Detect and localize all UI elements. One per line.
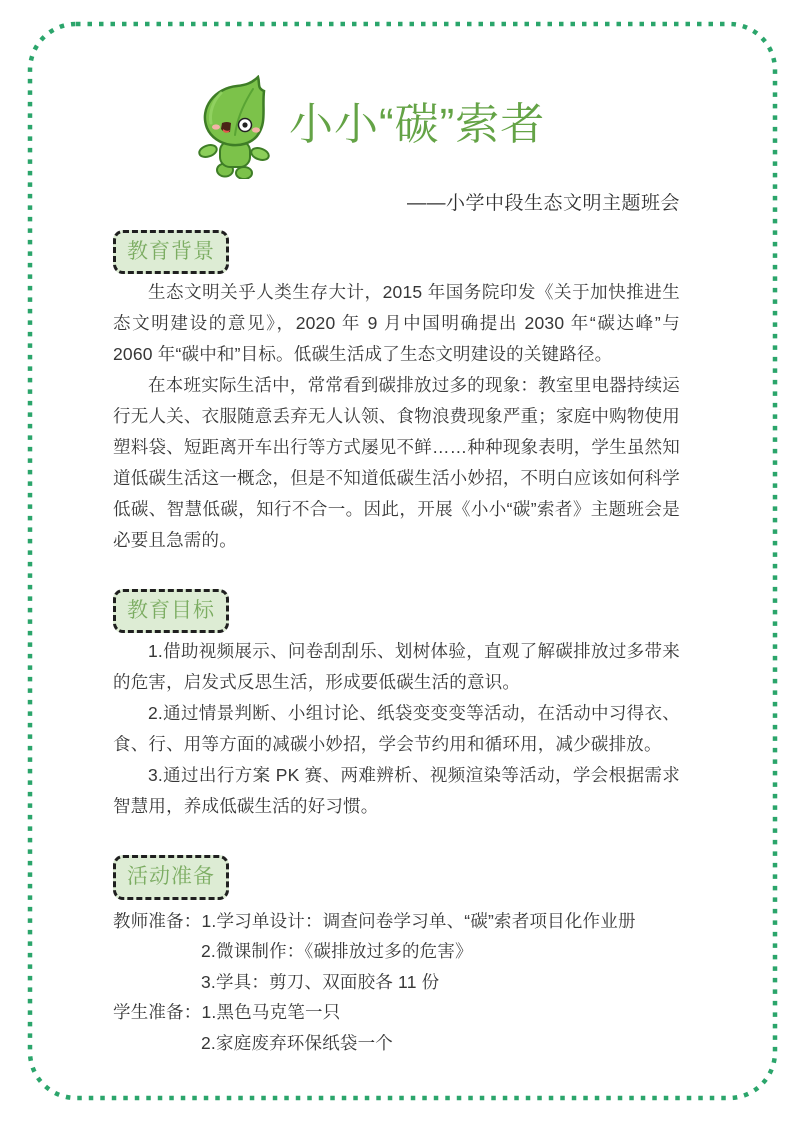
prep-row: 2.微课制作：《碳排放过多的危害》	[113, 936, 680, 967]
prep-row: 教师准备： 1.学习单设计：调查问卷学习单、“碳”索者项目化作业册	[113, 906, 680, 937]
prep-label: 学生准备：	[113, 997, 202, 1028]
goal-item: 3.通过出行方案 PK 赛、两难辨析、视频渲染等活动，学会根据需求智慧用，养成低…	[113, 760, 680, 822]
prep-text: 2.微课制作：《碳排放过多的危害》	[201, 936, 680, 967]
prep-label	[113, 1028, 201, 1059]
prep-text: 2.家庭废弃环保纸袋一个	[201, 1028, 680, 1059]
prep-text: 1.学习单设计：调查问卷学习单、“碳”索者项目化作业册	[202, 906, 681, 937]
document-content: 小小“碳”索者 ——小学中段生态文明主题班会 教育背景 生态文明关乎人类生存大计…	[113, 72, 680, 1058]
goal-item: 1.借助视频展示、问卷刮刮乐、划树体验，直观了解碳排放过多带来的危害，启发式反思…	[113, 636, 680, 698]
section-heading-background: 教育背景	[113, 230, 229, 274]
section-preparation-body: 教师准备： 1.学习单设计：调查问卷学习单、“碳”索者项目化作业册 2.微课制作…	[113, 906, 680, 1059]
title-row: 小小“碳”索者	[191, 72, 680, 178]
page-subtitle: ——小学中段生态文明主题班会	[113, 188, 680, 215]
prep-label: 教师准备：	[113, 906, 202, 937]
prep-label	[113, 967, 201, 998]
paragraph: 在本班实际生活中，常常看到碳排放过多的现象：教室里电器持续运行无人关、衣服随意丢…	[113, 370, 680, 556]
prep-row: 学生准备： 1.黑色马克笔一只	[113, 997, 680, 1028]
section-goals-body: 1.借助视频展示、问卷刮刮乐、划树体验，直观了解碳排放过多带来的危害，启发式反思…	[113, 636, 680, 822]
prep-row: 2.家庭废弃环保纸袋一个	[113, 1028, 680, 1059]
goal-item: 2.通过情景判断、小组讨论、纸袋变变变等活动，在活动中习得衣、食、行、用等方面的…	[113, 698, 680, 760]
section-background-body: 生态文明关乎人类生存大计，2015 年国务院印发《关于加快推进生态文明建设的意见…	[113, 277, 680, 556]
paragraph: 生态文明关乎人类生存大计，2015 年国务院印发《关于加快推进生态文明建设的意见…	[113, 277, 680, 370]
section-heading-goals: 教育目标	[113, 589, 229, 633]
document-page: { "theme": { "border_dot_green": "#2ba56…	[0, 0, 793, 1122]
prep-text: 1.黑色马克笔一只	[202, 997, 681, 1028]
prep-text: 3.学具：剪刀、双面胶各 11 份	[201, 967, 680, 998]
page-title: 小小“碳”索者	[289, 103, 545, 147]
prep-row: 3.学具：剪刀、双面胶各 11 份	[113, 967, 680, 998]
leaf-mascot-icon	[191, 75, 285, 179]
section-heading-preparation: 活动准备	[113, 855, 229, 899]
prep-label	[113, 936, 201, 967]
